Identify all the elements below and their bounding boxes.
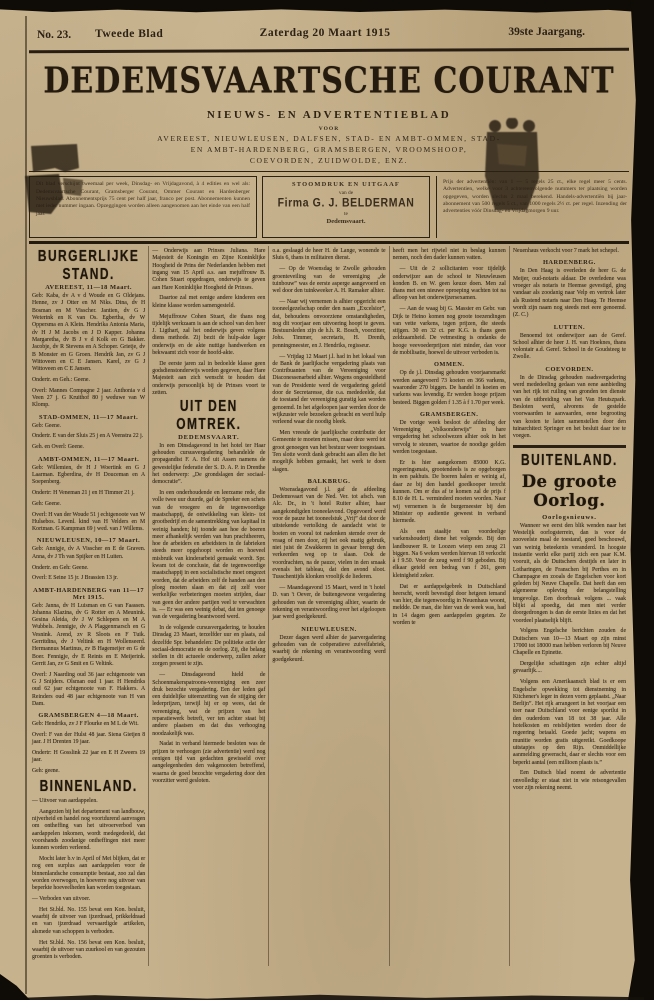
edition-label: Tweede Blad (95, 28, 163, 40)
paragraph: — Maandagavond 15 Maart, werd in 't hote… (272, 585, 385, 621)
section-heading: BURGERLIJKE STAND. (32, 247, 145, 283)
paragraph: In de Dinsdag gehouden raadsvergadering … (513, 375, 626, 441)
paragraph: Nadat in verband hiermede besloten was d… (152, 741, 265, 785)
place-heading: GRAMSBERGEN 4—18 Maart. (32, 712, 145, 719)
volume-label: 39ste Jaargang. (508, 26, 585, 38)
paragraph: Dezer dagen werd alhier de jaarvergaderi… (272, 635, 385, 664)
scan-border-right (628, 0, 654, 1000)
scan-border-top (0, 0, 654, 13)
section-heading: BUITENLAND. (513, 451, 626, 469)
place-heading: AMBT-OMMEN, 11—17 Maart. (32, 456, 145, 463)
place-heading: BALKBRUG. (272, 478, 385, 485)
paragraph: Overl: H van der Woude 51 j echtgenoote … (32, 512, 145, 534)
publisher-line-2: van de (263, 190, 429, 196)
newspaper-page: No. 23. Tweede Blad Zaterdag 20 Maart 19… (0, 0, 654, 1000)
header-strip: No. 23. Tweede Blad Zaterdag 20 Maart 19… (29, 27, 629, 46)
boxes-rule (29, 241, 629, 244)
paragraph: Overl: E Seine 15 jr. J Brassien 13 jr. (32, 575, 145, 582)
section-heading: UIT DEN OMTREK. (152, 397, 265, 433)
column-5: Neuenhaus verkocht voor 7 mark het schep… (509, 246, 629, 966)
page-content: No. 23. Tweede Blad Zaterdag 20 Maart 19… (29, 14, 629, 966)
paragraph: — Verboden van uitvoer. (32, 896, 145, 903)
paragraph: In een Dinsdagavond in het hotel ter Haa… (152, 443, 265, 487)
paragraph: — Vrijdag 12 Maart j.l. had in het lokaa… (272, 354, 385, 427)
paragraph: Dat er aardappelgebrek in Duitschland he… (393, 584, 506, 628)
paragraph: Volgens Engelsche berichten zouden de Du… (513, 628, 626, 657)
paragraph: Woensdagavond j.l. gaf de afdeeling Dede… (272, 487, 385, 582)
paragraph: Geb: Hendriks, zv J F Flourke en M L de … (32, 721, 145, 728)
publisher-place: Dedemsvaart. (263, 218, 429, 225)
place-heading: COEVORDEN. (513, 366, 626, 373)
paragraph: In een onderhoudende en leerzame rede, d… (152, 490, 265, 621)
paragraph: Geh: geene. (32, 768, 145, 775)
publisher-box: STOOMDRUK EN UITGAAF van de Firma G. J. … (262, 176, 430, 238)
scan-border-bottom (20, 993, 644, 1000)
paragraph: Overl: Mannes Compagne 2 jaar. Anthonia … (32, 388, 145, 410)
paragraph: Geb: Janna, dv H Luisman en G van Faasse… (32, 603, 145, 669)
paragraph: Mocht later b.v in April of Mei blijken,… (32, 856, 145, 892)
place-heading: AMBT-HARDENBERG van 11—17 Mrt 1915. (32, 587, 145, 601)
issue-date: Zaterdag 20 Maart 1915 (260, 27, 391, 39)
paragraph: o.a. geslaagd de heer H. de Lange, wonen… (272, 248, 385, 263)
place-heading: LUTTEN. (513, 324, 626, 331)
paragraph: Geh: Geene. (32, 501, 145, 508)
paragraph: — Uit de 2 sollicitanten voor tijdelijk … (393, 266, 506, 302)
paragraph: Benoemd tot onderwijzer aan de Geref. Sc… (513, 333, 626, 362)
paragraph: In de volgende cursusvergadering, te hou… (152, 625, 265, 669)
column-4: heeft men het rijwiel niet in beslag kun… (389, 246, 509, 966)
paragraph: Ondertr: H Veneman 21 j en H Timmer 21 j… (32, 490, 145, 497)
paragraph: Overl: F van der Hulst 48 jaar. Siena Gi… (32, 732, 145, 747)
paragraph: Wanneer we eerst den blik wenden naar he… (513, 523, 626, 625)
place-heading: HARDENBERG. (513, 259, 626, 266)
paragraph: Als een staaltje van voordeelige varkens… (393, 529, 506, 580)
header-rule (29, 48, 629, 53)
paragraph: Geb: Kaba, dv A v d Woude en G Oldejans.… (32, 293, 145, 373)
paragraph: Een Duitsch blad noemt de advertentie on… (513, 770, 626, 792)
paragraph: Daartoe zal met eenige andere kinderen e… (152, 295, 265, 310)
paragraph: Geb: Geene. (32, 423, 145, 430)
war-heading: De groote Oorlog. (513, 472, 626, 510)
paragraph: — Dinsdagavond hield de Schoenmakerspatr… (152, 672, 265, 738)
paragraph: Geb: Annigje, dv A Visscher en E de Grav… (32, 546, 145, 561)
rule (513, 445, 626, 447)
section-heading: BINNENLAND. (32, 777, 145, 795)
paragraph: Er is hier aangekomen 85000 K.G. regeeri… (393, 460, 506, 526)
paragraph: — Op de Woensdag te Zwolle gehouden groe… (272, 266, 385, 295)
paragraph: — Uitvoer van aardappelen. (32, 798, 145, 805)
column-2: — Onderwijs aan Prinses Juliana. Hare Ma… (148, 246, 268, 966)
publisher-name: Firma G. J. BELDERMAN (263, 197, 429, 210)
paragraph: Ondertr. en Geh: Geene. (32, 565, 145, 572)
paragraph: In Den Haag is overleden de heer G. de M… (513, 268, 626, 319)
paragraph: De eerste jaren zal in bedoelde klasse g… (152, 361, 265, 397)
paragraph: Men vreesde de jaarlijksche contributie … (272, 430, 385, 474)
place-heading: AVEREEST, 11—18 Maart. (32, 284, 145, 291)
place-heading: NIEUWLEUSEN, 10—17 Maart. (32, 537, 145, 544)
masthead-title: DEDEMSVAARTSCHE COURANT (29, 57, 629, 107)
paragraph: Mejuffrouw Cohen Stuart, die thans nog t… (152, 314, 265, 358)
paragraph: Volgens een Amerikaansch blad is er een … (513, 679, 626, 767)
paragraph: — Onderwijs aan Prinses Juliana. Hare Ma… (152, 248, 265, 292)
paragraph: Het St.bld. No. 155 bevat een Kon. beslu… (32, 907, 145, 936)
coat-of-arms-left-icon (25, 142, 87, 218)
sub-heading: Oorlogsnieuws. (513, 514, 626, 521)
publisher-line-4: te (263, 211, 429, 217)
sub-heading: DEDEMSVAART. (152, 434, 265, 441)
paragraph: Ondertr. en Geh.: Geene. (32, 377, 145, 384)
paragraph: De vorige week besloot de afdeeling der … (393, 420, 506, 456)
issue-number: No. 23. (37, 29, 71, 41)
paragraph: Op de j.l. Dinsdag gehouden voorjaarsmar… (393, 370, 506, 406)
paragraph: Neuenhaus verkocht voor 7 mark het schep… (513, 248, 626, 255)
coat-of-arms-right-icon (483, 118, 541, 214)
paragraph: — Aan de waag bij G. Massier en Gebr. va… (393, 306, 506, 357)
paragraph: Geb: Willemien, dv H J Woertink en G J L… (32, 465, 145, 487)
place-heading: NIEUWLEUSEN. (272, 626, 385, 633)
paragraph: Dergelijke schattingen zijn echter altij… (513, 661, 626, 676)
paragraph: Geh. en Overl: Geene. (32, 444, 145, 451)
publisher-line-1: STOOMDRUK EN UITGAAF (263, 181, 429, 188)
column-3: o.a. geslaagd de heer H. de Lange, wonen… (268, 246, 388, 966)
paragraph: Het St.bld. No. 156 bevat een Kon. beslu… (32, 940, 145, 962)
paragraph: Ondertr: H Gosslink 22 jaar en E H Zweer… (32, 750, 145, 765)
paragraph: Overl: J Naarding oud 36 jaar echtgenoot… (32, 672, 145, 708)
place-heading: STAD-OMMEN, 11—17 Maart. (32, 414, 145, 421)
paragraph: Ondertr. E van der Sluis 25 j en A Veens… (32, 433, 145, 440)
column-1: BURGERLIJKE STAND.AVEREEST, 11—18 Maart.… (29, 246, 148, 966)
paragraph: heeft men het rijwiel niet in beslag kun… (393, 248, 506, 263)
paragraph: — Naar wij vernemen is alhier opgericht … (272, 299, 385, 350)
place-heading: GRAMSBERGEN. (393, 411, 506, 418)
paragraph: Aangezien bij het departement van landbo… (32, 809, 145, 853)
columns: BURGERLIJKE STAND.AVEREEST, 11—18 Maart.… (29, 246, 629, 966)
place-heading: OMMEN. (393, 361, 506, 368)
